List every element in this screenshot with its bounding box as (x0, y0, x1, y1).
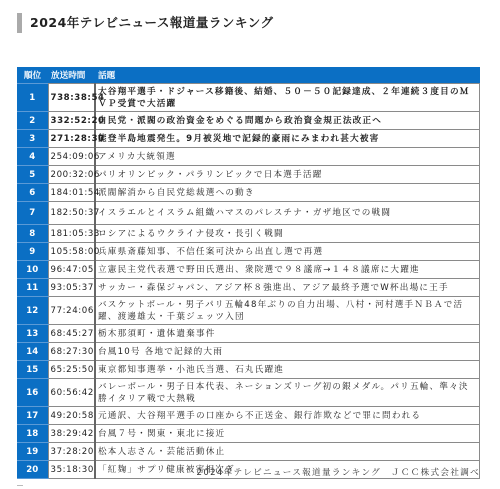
time-cell: 37:28:20 (48, 443, 95, 461)
topic-cell: 松本人志さん・芸能活動休止 (95, 443, 480, 461)
time-cell: 254:09:06 (48, 148, 95, 166)
time-cell: 77:24:06 (48, 297, 95, 325)
rank-cell: 20 (17, 461, 48, 479)
table-row: 1 738:38:54 大谷翔平選手・ドジャース移籍後、結婚、５０－５０記録達成… (17, 84, 480, 112)
rank-cell: 19 (17, 443, 48, 461)
rank-cell: 3 (17, 130, 48, 148)
rank-cell: 6 (17, 184, 48, 202)
rank-cell: 11 (17, 279, 48, 297)
topic-cell: 台風７号・関東・東北に接近 (95, 425, 480, 443)
topic-cell: 台風10号 各地で記録的大雨 (95, 343, 480, 361)
time-cell: 184:01:54 (48, 184, 95, 202)
table-row: 9 105:58:00 兵庫県斎藤知事、不信任案可決から出直し選で再選 (17, 243, 480, 261)
rank-cell: 4 (17, 148, 48, 166)
header-rank: 順位 (17, 67, 48, 84)
topic-cell: 大谷翔平選手・ドジャース移籍後、結婚、５０－５０記録達成、２年連続３度目のＭＶＰ… (95, 84, 480, 112)
topic-cell: 元通訳、大谷翔平選手の口座から不正送金、銀行詐欺などで罪に問われる (95, 407, 480, 425)
rank-cell: 10 (17, 261, 48, 279)
ranking-table: 順位 放送時間 話題 1 738:38:54 大谷翔平選手・ドジャース移籍後、結… (17, 67, 480, 479)
table-row: 12 77:24:06 バスケットボール・男子パリ五輪48年ぶりの自力出場、八村… (17, 297, 480, 325)
time-cell: 200:32:06 (48, 166, 95, 184)
topic-cell: 能登半島地震発生。9月被災地で記録的豪雨にみまわれ甚大被害 (95, 130, 480, 148)
header-topic: 話題 (95, 67, 480, 84)
source-caption: 2024年テレビニュース報道量ランキング ＪＣＣ株式会社調べ (197, 466, 480, 478)
topic-cell: 東京都知事選挙・小池氏当選、石丸氏躍進 (95, 361, 480, 379)
time-cell: 738:38:54 (48, 84, 95, 112)
topic-cell: 自民党・派閥の政治資金をめぐる問題から政治資金規正法改正へ (95, 112, 480, 130)
rank-cell: 7 (17, 202, 48, 225)
time-cell: 332:52:20 (48, 112, 95, 130)
time-cell: 96:47:05 (48, 261, 95, 279)
table-row: 14 68:27:30 台風10号 各地で記録的大雨 (17, 343, 480, 361)
topic-cell: 栃木那須町・遺体遺棄事件 (95, 325, 480, 343)
rank-cell: 2 (17, 112, 48, 130)
rank-cell: 1 (17, 84, 48, 112)
rank-cell: 8 (17, 225, 48, 243)
table-row: 17 49:20:58 元通訳、大谷翔平選手の口座から不正送金、銀行詐欺などで罪… (17, 407, 480, 425)
time-cell: 93:05:37 (48, 279, 95, 297)
table-row: 2 332:52:20 自民党・派閥の政治資金をめぐる問題から政治資金規正法改正… (17, 112, 480, 130)
time-cell: 35:18:30 (48, 461, 95, 479)
time-cell: 181:05:33 (48, 225, 95, 243)
divider (17, 485, 23, 486)
time-cell: 60:56:42 (48, 379, 95, 407)
rank-cell: 12 (17, 297, 48, 325)
time-cell: 68:27:30 (48, 343, 95, 361)
table-row: 16 60:56:42 バレーボール・男子日本代表、ネーションズリーグ初の銀メダ… (17, 379, 480, 407)
table-row: 18 38:29:42 台風７号・関東・東北に接近 (17, 425, 480, 443)
topic-cell: パリオリンピック・パラリンピックで日本選手活躍 (95, 166, 480, 184)
rank-cell: 17 (17, 407, 48, 425)
table-row: 5 200:32:06 パリオリンピック・パラリンピックで日本選手活躍 (17, 166, 480, 184)
time-cell: 68:45:27 (48, 325, 95, 343)
table-row: 8 181:05:33 ロシアによるウクライナ侵攻・長引く戦闘 (17, 225, 480, 243)
topic-cell: イスラエルとイスラム組織ハマスのパレスチナ・ガザ地区での戦闘 (95, 202, 480, 225)
topic-cell: ロシアによるウクライナ侵攻・長引く戦闘 (95, 225, 480, 243)
table-row: 13 68:45:27 栃木那須町・遺体遺棄事件 (17, 325, 480, 343)
rank-cell: 5 (17, 166, 48, 184)
header-time: 放送時間 (48, 67, 95, 84)
time-cell: 49:20:58 (48, 407, 95, 425)
topic-cell: バスケットボール・男子パリ五輪48年ぶりの自力出場、八村・河村選手ＮＢＡで活躍、… (95, 297, 480, 325)
table-row: 3 271:28:30 能登半島地震発生。9月被災地で記録的豪雨にみまわれ甚大被… (17, 130, 480, 148)
table-row: 4 254:09:06 アメリカ大統領選 (17, 148, 480, 166)
topic-cell: 立憲民主党代表選で野田氏選出、衆院選で９８議席→１４８議席に大躍進 (95, 261, 480, 279)
topic-cell: 派閥解消から自民党総裁選への動き (95, 184, 480, 202)
rank-cell: 15 (17, 361, 48, 379)
topic-cell: サッカー・森保ジャパン、アジア杯８強進出、アジア最終予選でW杯出場に王手 (95, 279, 480, 297)
table-row: 10 96:47:05 立憲民主党代表選で野田氏選出、衆院選で９８議席→１４８議… (17, 261, 480, 279)
rank-cell: 16 (17, 379, 48, 407)
page-title: 2024年テレビニュース報道量ランキング (17, 13, 274, 33)
topic-cell: 兵庫県斎藤知事、不信任案可決から出直し選で再選 (95, 243, 480, 261)
rank-cell: 14 (17, 343, 48, 361)
time-cell: 65:25:50 (48, 361, 95, 379)
table-row: 6 184:01:54 派閥解消から自民党総裁選への動き (17, 184, 480, 202)
rank-cell: 18 (17, 425, 48, 443)
table-header-row: 順位 放送時間 話題 (17, 67, 480, 84)
table-row: 19 37:28:20 松本人志さん・芸能活動休止 (17, 443, 480, 461)
table-row: 7 182:50:37 イスラエルとイスラム組織ハマスのパレスチナ・ガザ地区での… (17, 202, 480, 225)
time-cell: 271:28:30 (48, 130, 95, 148)
table-row: 15 65:25:50 東京都知事選挙・小池氏当選、石丸氏躍進 (17, 361, 480, 379)
rank-cell: 9 (17, 243, 48, 261)
topic-cell: アメリカ大統領選 (95, 148, 480, 166)
topic-cell: バレーボール・男子日本代表、ネーションズリーグ初の銀メダル。パリ五輪、準々決勝イ… (95, 379, 480, 407)
table-row: 11 93:05:37 サッカー・森保ジャパン、アジア杯８強進出、アジア最終予選… (17, 279, 480, 297)
time-cell: 182:50:37 (48, 202, 95, 225)
rank-cell: 13 (17, 325, 48, 343)
time-cell: 105:58:00 (48, 243, 95, 261)
time-cell: 38:29:42 (48, 425, 95, 443)
